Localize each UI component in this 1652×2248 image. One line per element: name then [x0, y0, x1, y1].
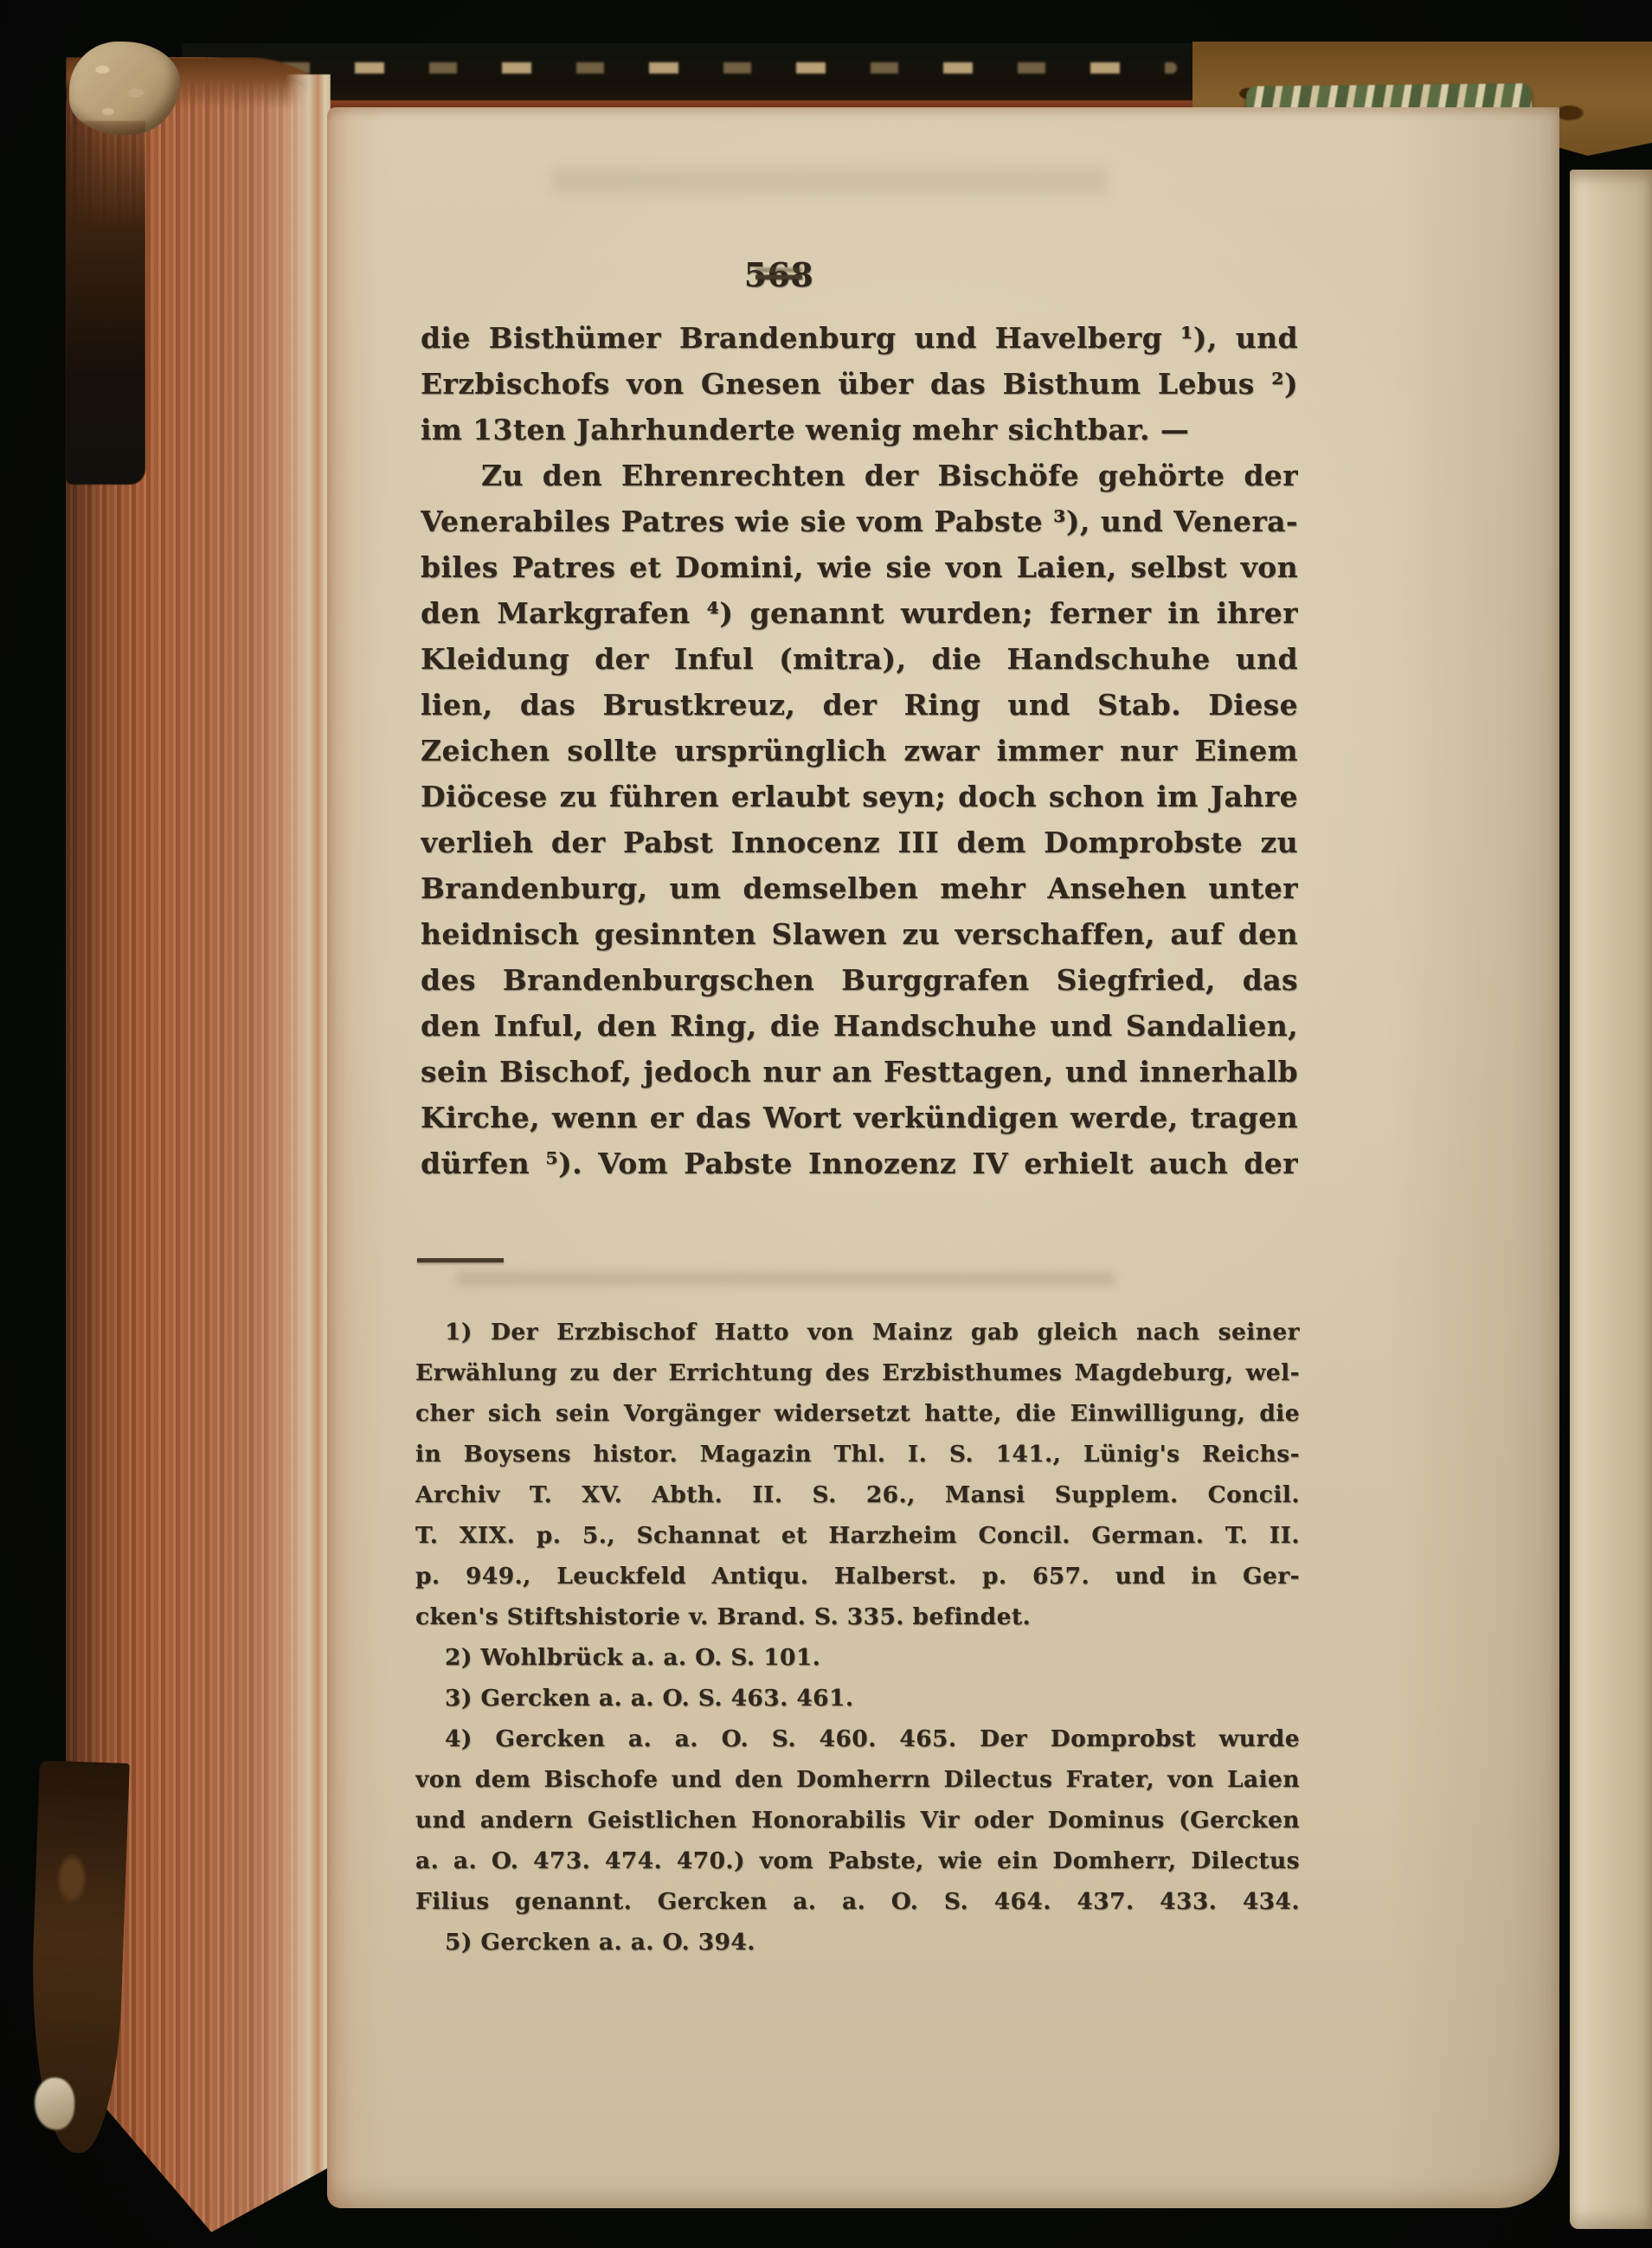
footnote-line: a. a. O. 473. 474. 470.) vom Pabste, wie…	[415, 1840, 1300, 1881]
text-line: heidnisch gesinnten Slawen zu verschaffe…	[421, 911, 1298, 957]
page-header: — 568 —	[666, 253, 891, 296]
footnote-line: Erwählung zu der Errichtung des Erzbisth…	[415, 1352, 1300, 1393]
text-line: Brandenburg, um demselben mehr Ansehen u…	[421, 865, 1298, 911]
text-line: Diöcese zu führen erlaubt seyn; doch sch…	[421, 774, 1298, 819]
text-line: Erzbischofs von Gnesen über das Bisthum …	[421, 361, 1298, 407]
text-line: dürfen ⁵). Vom Pabste Innozenz IV erhiel…	[421, 1140, 1298, 1186]
text-line: den Inful, den Ring, die Handschuhe und …	[421, 1003, 1298, 1049]
footnote-line: cher sich sein Vorgänger widersetzt hatt…	[415, 1393, 1300, 1434]
footnote-line: 4) Gercken a. a. O. S. 460. 465. Der Dom…	[415, 1718, 1300, 1759]
show-through-smudge	[457, 1272, 1115, 1307]
worn-corner-tip	[34, 2077, 75, 2130]
footnote-line: Filius genannt. Gercken a. a. O. S. 464.…	[415, 1881, 1300, 1922]
footnote-line: in Boysens histor. Magazin Thl. I. S. 14…	[415, 1434, 1300, 1474]
footnote-line: 5) Gercken a. a. O. 394.	[415, 1922, 1300, 1962]
text-line: Zeichen sollte ursprünglich zwar immer n…	[421, 728, 1298, 774]
scanned-book-photo: — 568 — die Bisthümer Brandenburg und Ha…	[0, 0, 1652, 2248]
text-line: verlieh der Pabst Innocenz III dem Dompr…	[421, 819, 1298, 865]
text-line: die Bisthümer Brandenburg und Havelberg …	[421, 315, 1298, 361]
footnote-line: cken's Stiftshistorie v. Brand. S. 335. …	[415, 1596, 1300, 1637]
text-line: Kirche, wenn er das Wort verkündigen wer…	[421, 1095, 1298, 1140]
footnote-line: 1) Der Erzbischof Hatto von Mainz gab gl…	[415, 1312, 1300, 1352]
header-ornament-right: —	[753, 254, 806, 295]
adjacent-page-edge	[1570, 170, 1652, 2229]
footnote-line: p. 949., Leuckfeld Antiqu. Halberst. p. …	[415, 1556, 1300, 1596]
text-line: sein Bischof, jedoch nur an Festtagen, u…	[421, 1049, 1298, 1095]
text-line: Zu den Ehrenrechten der Bischöfe gehörte…	[421, 453, 1298, 498]
footnote-line: und andern Geistlichen Honorabilis Vir o…	[415, 1800, 1300, 1840]
footnote-line: 2) Wohlbrück a. a. O. S. 101.	[415, 1637, 1300, 1678]
footnote-line: Archiv T. XV. Abth. II. S. 26., Mansi Su…	[415, 1474, 1300, 1515]
footnote-line: T. XIX. p. 5., Schannat et Harzheim Conc…	[415, 1515, 1300, 1556]
book-page-568: — 568 — die Bisthümer Brandenburg und Ha…	[327, 107, 1559, 2208]
text-line: Kleidung der Inful (mitra), die Handschu…	[421, 636, 1298, 682]
book-top-edge	[182, 43, 1216, 114]
footnote-line: von dem Bischofe und den Domherrn Dilect…	[415, 1759, 1300, 1800]
main-text-block: die Bisthümer Brandenburg und Havelberg …	[421, 315, 1298, 1186]
text-line: des Brandenburgschen Burggrafen Siegfrie…	[421, 957, 1298, 1003]
text-line: biles Patres et Domini, wie sie von Laie…	[421, 544, 1298, 590]
text-line: den Markgrafen ⁴) genannt wurden; ferner…	[421, 590, 1298, 636]
leather-wear-marks	[208, 62, 1177, 74]
show-through-smudge	[552, 168, 1106, 194]
text-line: im 13ten Jahrhunderte wenig mehr sichtba…	[421, 407, 1298, 453]
text-line: lien, das Brustkreuz, der Ring und Stab.…	[421, 682, 1298, 728]
footnotes-block: 1) Der Erzbischof Hatto von Mainz gab gl…	[415, 1312, 1300, 1962]
footnote-line: 3) Gercken a. a. O. S. 463. 461.	[415, 1678, 1300, 1718]
text-line: Venerabiles Patres wie sie vom Pabste ³)…	[421, 498, 1298, 544]
cover-leather-sliver-top	[66, 121, 145, 485]
footnote-separator	[417, 1258, 504, 1262]
fore-edge-highlight-bands	[286, 74, 331, 2201]
